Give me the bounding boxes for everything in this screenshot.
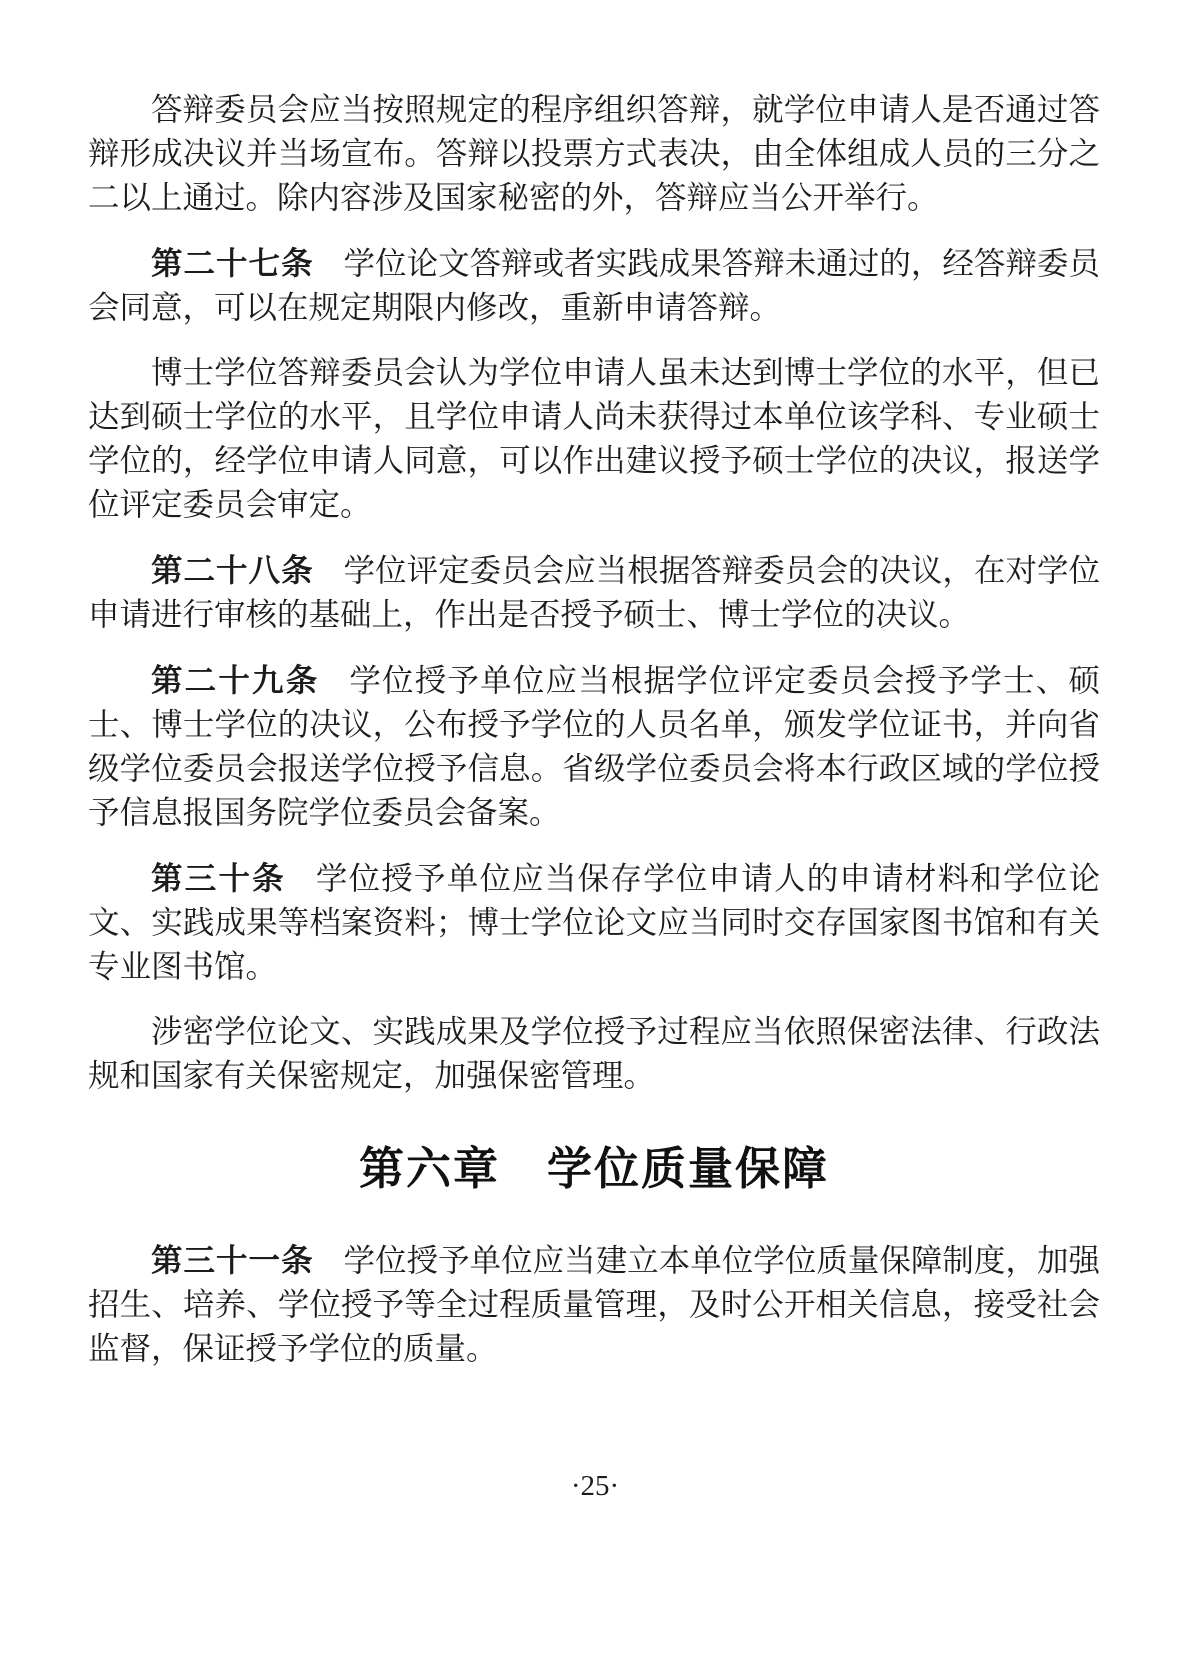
- paragraph-text: 答辩委员会应当按照规定的程序组织答辩，就学位申请人是否通过答辩形成决议并当场宣布…: [88, 92, 1100, 215]
- page-number: ·25·: [0, 1468, 1190, 1504]
- paragraph-article-27: 第二十七条学位论文答辩或者实践成果答辩未通过的，经答辩委员会同意，可以在规定期限…: [88, 241, 1100, 330]
- paragraph-article-29: 第二十九条学位授予单位应当根据学位评定委员会授予学士、硕士、博士学位的决议，公布…: [88, 658, 1100, 835]
- paragraph-defense-procedure: 答辩委员会应当按照规定的程序组织答辩，就学位申请人是否通过答辩形成决议并当场宣布…: [88, 88, 1100, 220]
- paragraph-text: 涉密学位论文、实践成果及学位授予过程应当依照保密法律、行政法规和国家有关保密规定…: [88, 1014, 1100, 1093]
- paragraph-article-30: 第三十条学位授予单位应当保存学位申请人的申请材料和学位论文、实践成果等档案资料；…: [88, 856, 1100, 989]
- chapter-heading: 第六章 学位质量保障: [88, 1140, 1100, 1198]
- paragraph-article-31: 第三十一条学位授予单位应当建立本单位学位质量保障制度，加强招生、培养、学位授予等…: [88, 1238, 1100, 1371]
- paragraph-article-28: 第二十八条学位评定委员会应当根据答辩委员会的决议，在对学位申请进行审核的基础上，…: [88, 548, 1100, 637]
- paragraph-confidentiality: 涉密学位论文、实践成果及学位授予过程应当依照保密法律、行政法规和国家有关保密规定…: [88, 1010, 1100, 1098]
- paragraph-text: 博士学位答辩委员会认为学位申请人虽未达到博士学位的水平，但已达到硕士学位的水平，…: [88, 355, 1100, 522]
- paragraph-doctoral-to-master: 博士学位答辩委员会认为学位申请人虽未达到博士学位的水平，但已达到硕士学位的水平，…: [88, 351, 1100, 527]
- article-number: 第二十八条: [151, 552, 314, 588]
- document-page: 答辩委员会应当按照规定的程序组织答辩，就学位申请人是否通过答辩形成决议并当场宣布…: [0, 0, 1190, 1670]
- article-number: 第二十九条: [151, 662, 319, 698]
- article-number: 第三十条: [151, 860, 286, 896]
- article-number: 第二十七条: [151, 245, 314, 281]
- page-content: 答辩委员会应当按照规定的程序组织答辩，就学位申请人是否通过答辩形成决议并当场宣布…: [0, 0, 1190, 1371]
- article-number: 第三十一条: [151, 1242, 314, 1278]
